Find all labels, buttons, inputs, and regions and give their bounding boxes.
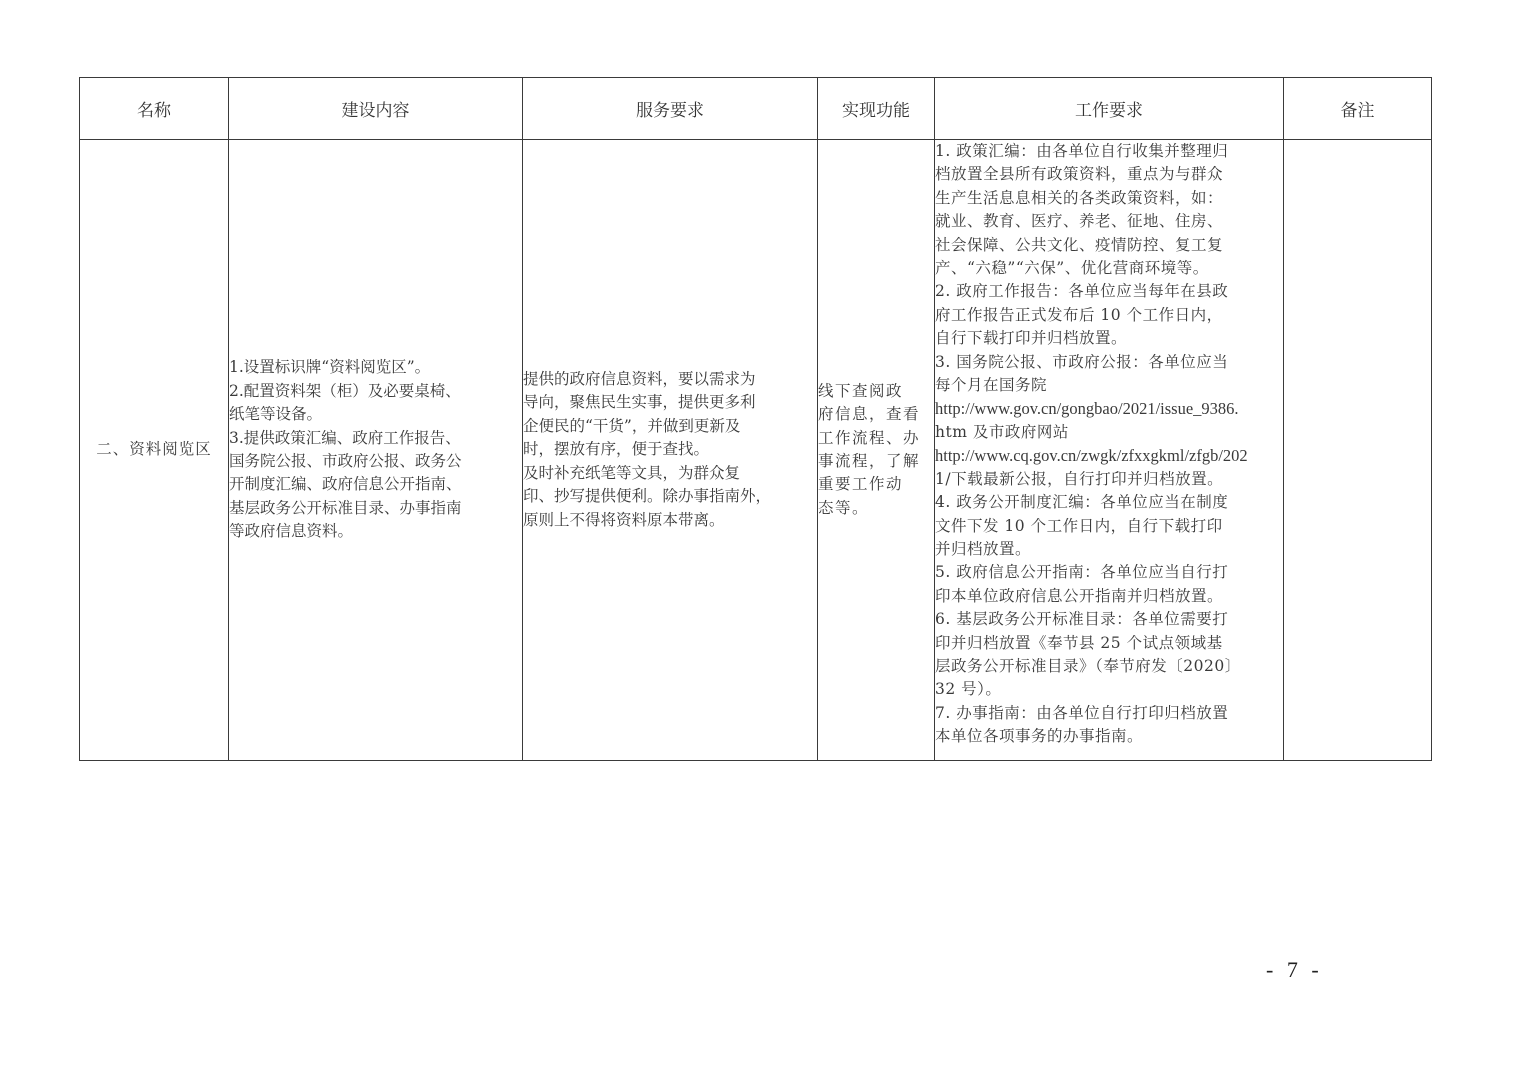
- text-line: 原则上不得将资料原本带离。: [523, 509, 817, 532]
- text-line: 企便民的“干货”，并做到更新及: [523, 415, 817, 438]
- text-line: 印本单位政府信息公开指南并归档放置。: [935, 585, 1283, 608]
- table-header-row: 名称 建设内容 服务要求 实现功能 工作要求 备注: [80, 78, 1432, 140]
- text-line: 就业、教育、医疗、养老、征地、住房、: [935, 210, 1283, 233]
- header-functions: 实现功能: [818, 78, 935, 140]
- cell-service-requirements: 提供的政府信息资料，要以需求为 导向，聚焦民生实事，提供更多利 企便民的“干货”…: [523, 140, 818, 761]
- text-line: 1/下载最新公报，自行打印并归档放置。: [935, 468, 1283, 491]
- row-name: 二、资料阅览区: [96, 440, 212, 458]
- header-remarks: 备注: [1284, 78, 1432, 140]
- requirements-table: 名称 建设内容 服务要求 实现功能 工作要求 备注 二、资料阅览区 1.设置标识…: [79, 77, 1432, 761]
- text-line: 生产生活息息相关的各类政策资料，如：: [935, 187, 1283, 210]
- text-line: 7. 办事指南：由各单位自行打印归档放置: [935, 702, 1283, 725]
- header-work-requirements: 工作要求: [935, 78, 1284, 140]
- cell-functions: 线下查阅政 府信息，查看 工作流程、办 事流程，了解 重要工作动 态等。: [818, 140, 935, 761]
- header-construction-content: 建设内容: [229, 78, 523, 140]
- cell-name: 二、资料阅览区: [80, 140, 229, 761]
- text-line: 32 号）。: [935, 678, 1283, 701]
- page-number: - 7 -: [1266, 957, 1323, 983]
- text-line: 重要工作动: [818, 473, 934, 496]
- text-line: 4. 政务公开制度汇编：各单位应当在制度: [935, 491, 1283, 514]
- cell-construction-content: 1.设置标识牌“资料阅览区”。 2.配置资料架（柜）及必要桌椅、 纸笔等设备。 …: [229, 140, 523, 761]
- text-line: 导向，聚焦民生实事，提供更多利: [523, 391, 817, 414]
- text-line: 及时补充纸笔等文具，为群众复: [523, 462, 817, 485]
- text-line: 府工作报告正式发布后 10 个工作日内，: [935, 304, 1283, 327]
- header-name: 名称: [80, 78, 229, 140]
- text-line: 社会保障、公共文化、疫情防控、复工复: [935, 234, 1283, 257]
- text-line: 每个月在国务院: [935, 374, 1283, 397]
- text-line: htm 及市政府网站: [935, 421, 1283, 444]
- header-service-requirements: 服务要求: [523, 78, 818, 140]
- text-line: 线下查阅政: [818, 380, 934, 403]
- text-line: 1.设置标识牌“资料阅览区”。: [229, 356, 522, 379]
- text-line: 府信息，查看: [818, 403, 934, 426]
- text-line: 印、抄写提供便利。除办事指南外，: [523, 485, 817, 508]
- text-line: 并归档放置。: [935, 538, 1283, 561]
- text-line: 时，摆放有序，便于查找。: [523, 438, 817, 461]
- text-line: 自行下载打印并归档放置。: [935, 327, 1283, 350]
- url-link[interactable]: http://www.gov.cn/gongbao/2021/issue_938…: [935, 397, 1283, 420]
- text-line: 2.配置资料架（柜）及必要桌椅、: [229, 380, 522, 403]
- text-line: 提供的政府信息资料，要以需求为: [523, 368, 817, 391]
- text-line: 等政府信息资料。: [229, 520, 522, 543]
- text-line: 产、“六稳”“六保”、优化营商环境等。: [935, 257, 1283, 280]
- text-line: 6. 基层政务公开标准目录：各单位需要打: [935, 608, 1283, 631]
- text-line: 文件下发 10 个工作日内，自行下载打印: [935, 515, 1283, 538]
- text-line: 层政务公开标准目录》（奉节府发〔2020〕: [935, 655, 1283, 678]
- text-line: 5. 政府信息公开指南：各单位应当自行打: [935, 561, 1283, 584]
- text-line: 2. 政府工作报告：各单位应当每年在县政: [935, 280, 1283, 303]
- text-line: 本单位各项事务的办事指南。: [935, 725, 1283, 748]
- cell-work-requirements: 1. 政策汇编：由各单位自行收集并整理归 档放置全县所有政策资料，重点为与群众 …: [935, 140, 1284, 761]
- text-line: 事流程，了解: [818, 450, 934, 473]
- text-line: 印并归档放置《奉节县 25 个试点领域基: [935, 632, 1283, 655]
- url-link[interactable]: http://www.cq.gov.cn/zwgk/zfxxgkml/zfgb/…: [935, 444, 1283, 467]
- text-line: 国务院公报、市政府公报、政务公: [229, 450, 522, 473]
- text-line: 开制度汇编、政府信息公开指南、: [229, 473, 522, 496]
- text-line: 3.提供政策汇编、政府工作报告、: [229, 427, 522, 450]
- text-line: 态等。: [818, 497, 934, 520]
- table-row: 二、资料阅览区 1.设置标识牌“资料阅览区”。 2.配置资料架（柜）及必要桌椅、…: [80, 140, 1432, 761]
- text-line: 工作流程、办: [818, 427, 934, 450]
- text-line: 纸笔等设备。: [229, 403, 522, 426]
- text-line: 3. 国务院公报、市政府公报：各单位应当: [935, 351, 1283, 374]
- document-page: 名称 建设内容 服务要求 实现功能 工作要求 备注 二、资料阅览区 1.设置标识…: [0, 0, 1520, 1074]
- cell-remarks: [1284, 140, 1432, 761]
- text-line: 1. 政策汇编：由各单位自行收集并整理归: [935, 140, 1283, 163]
- text-line: 档放置全县所有政策资料，重点为与群众: [935, 163, 1283, 186]
- text-line: 基层政务公开标准目录、办事指南: [229, 497, 522, 520]
